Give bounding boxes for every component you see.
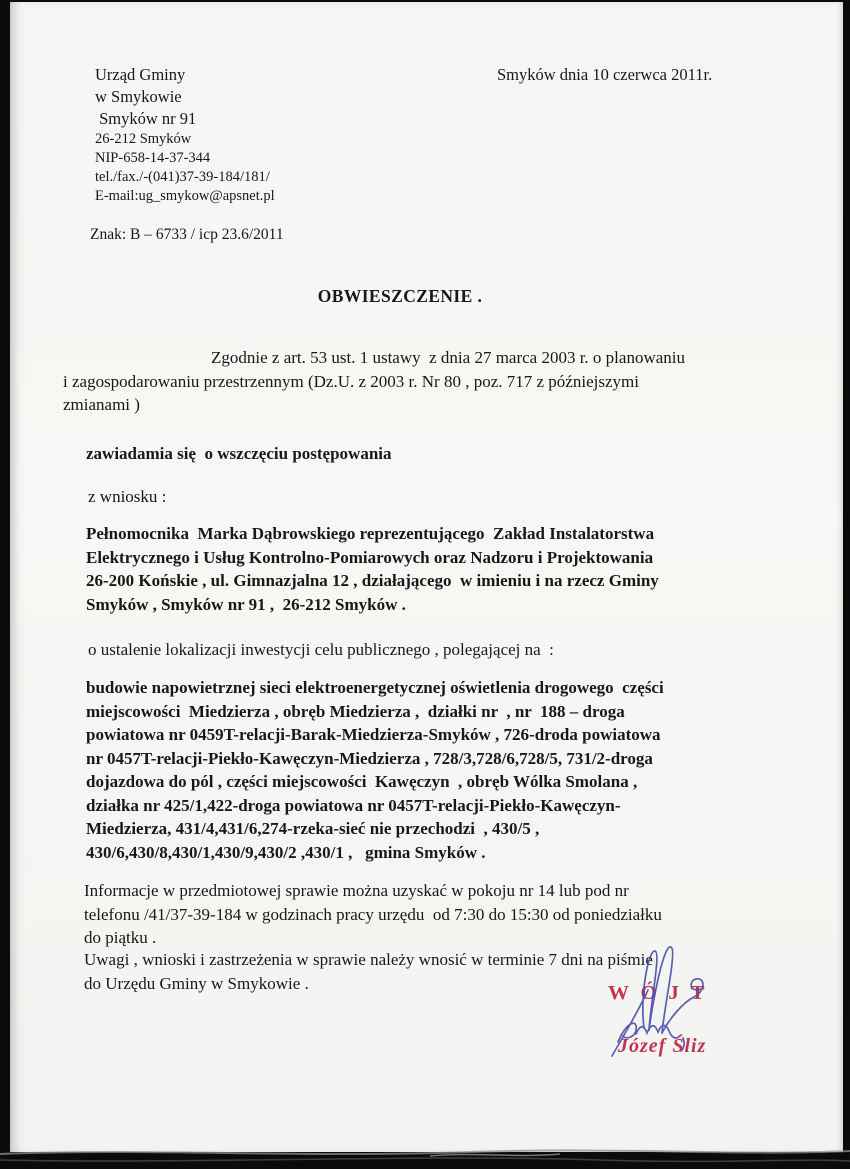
text-line: powiatowa nr 0459T-relacji-Barak-Miedzie… xyxy=(86,723,664,747)
paragraph-investment: budowie napowietrznej sieci elektroenerg… xyxy=(86,676,664,864)
text-line: Informacje w przedmiotowej sprawie można… xyxy=(84,879,662,903)
text-line: Smyków , Smyków nr 91 , 26-212 Smyków . xyxy=(86,593,659,617)
sender-line: tel./fax./-(041)37-39-184/181/ xyxy=(95,168,275,187)
text-line: Zgodnie z art. 53 ust. 1 ustawy z dnia 2… xyxy=(63,346,685,370)
text-line: 26-200 Końskie , ul. Gimnazjalna 12 , dz… xyxy=(86,569,659,593)
text-line: dojazdowa do pól , części miejscowości K… xyxy=(86,770,664,794)
text-line: i zagospodarowaniu przestrzennym (Dz.U. … xyxy=(63,370,685,394)
text-line: do piątku . xyxy=(84,926,662,950)
text-line: 430/6,430/8,430/1,430/9,430/2 ,430/1 , g… xyxy=(86,841,664,865)
text-line: Elektrycznego i Usług Kontrolno-Pomiarow… xyxy=(86,546,659,570)
signer-name: Józef Śliz xyxy=(618,1035,706,1058)
text-line: nr 0457T-relacji-Piekło-Kawęczyn-Miedzie… xyxy=(86,747,664,771)
document-page: Urząd Gminy w Smykowie Smyków nr 91 26-2… xyxy=(10,2,843,1152)
text-line: budowie napowietrznej sieci elektroenerg… xyxy=(86,676,664,700)
text-line: do Urzędu Gminy w Smykowie . xyxy=(84,972,653,996)
text-line: Miedzierza, 431/4,431/6,274-rzeka-sieć n… xyxy=(86,817,664,841)
sender-line: NIP-658-14-37-344 xyxy=(95,149,275,168)
sender-address: Urząd Gminy w Smykowie Smyków nr 91 26-2… xyxy=(95,64,275,206)
scanned-document: Urząd Gminy w Smykowie Smyków nr 91 26-2… xyxy=(0,0,850,1169)
paragraph-remarks: Uwagi , wnioski i zastrzeżenia w sprawie… xyxy=(84,948,653,995)
request-leadin: z wniosku : xyxy=(88,485,166,509)
text-line: miejscowości Miedzierza , obręb Miedzier… xyxy=(86,700,664,724)
date-line: Smyków dnia 10 czerwca 2011r. xyxy=(497,64,712,86)
notice-statement: zawiadamia się o wszczęciu postępowania xyxy=(86,442,392,466)
text-line: telefonu /41/37-39-184 w godzinach pracy… xyxy=(84,903,662,927)
text-line: Uwagi , wnioski i zastrzeżenia w sprawie… xyxy=(84,948,653,972)
text-line: Pełnomocnika Marka Dąbrowskiego reprezen… xyxy=(86,522,659,546)
sender-line: E-mail:ug_smykow@apsnet.pl xyxy=(95,187,275,206)
text-line: zmianami ) xyxy=(63,393,685,417)
sender-line: w Smykowie xyxy=(95,86,275,108)
scan-bottom-wrinkles xyxy=(0,1144,850,1169)
subject-leadin: o ustalenie lokalizacji inwestycji celu … xyxy=(88,638,554,662)
paragraph-applicant: Pełnomocnika Marka Dąbrowskiego reprezen… xyxy=(86,522,659,616)
paragraph-information: Informacje w przedmiotowej sprawie można… xyxy=(84,879,662,950)
sender-line: 26-212 Smyków xyxy=(95,130,275,149)
reference-number: Znak: B – 6733 / icp 23.6/2011 xyxy=(90,225,284,245)
text-line: działka nr 425/1,422-droga powiatowa nr … xyxy=(86,794,664,818)
document-title: OBWIESZCZENIE . xyxy=(10,286,790,307)
sender-line: Smyków nr 91 xyxy=(95,108,275,130)
sender-line: Urząd Gminy xyxy=(95,64,275,86)
paragraph-intro: Zgodnie z art. 53 ust. 1 ustawy z dnia 2… xyxy=(63,346,685,417)
